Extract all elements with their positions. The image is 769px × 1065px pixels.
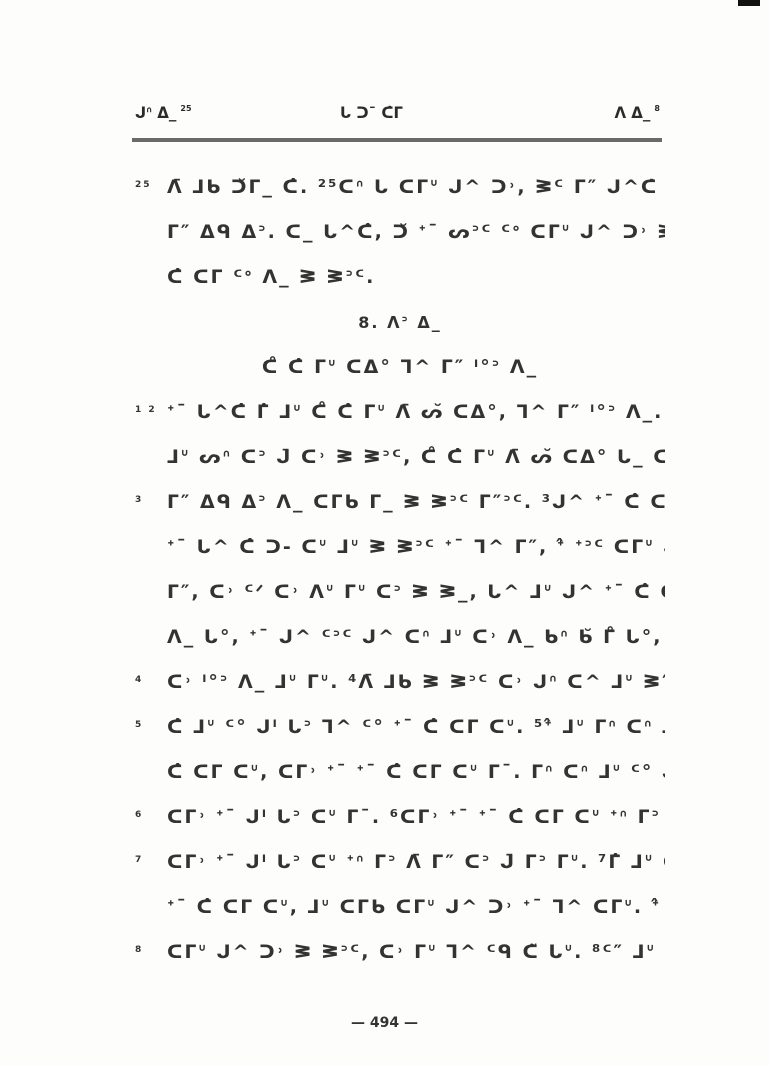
running-head-right: ᐱ ᐃ_8 <box>614 104 660 122</box>
line-text: ᐩ¯ ᒐ^ᑕ̂ ᒥ̂ ᒧᐡ ᑕ̊ ᑕ̂ ᒥᐡ ᐱ̄ ᔕ̆ ᑕᐃ°, ᒣ^ ᒥ″ … <box>167 401 665 423</box>
line-text: ᑕ̂ ᒧᐡ ᑦ° ᒍᑊ ᒐᐣ ᒣ^ ᑦ° ᐩ¯ ᑕ̂ ᑕᒥ ᑕᐡ. ⁵ᐩ̂ ᒧᐡ… <box>167 716 665 738</box>
text-line: 25ᐱ̄ ᒧᑲ ᑐ̆ᒥ_ ᑕ̂. ²⁵ᑕᐢ ᒐ ᑕᒥᐡ ᒍ^ ᑐ˒, ᕒᑦ ᒥ″… <box>135 165 665 210</box>
text-line: 4ᑕ˒ ᑊ°ᐣ ᐱ_ ᒧᐡ ᒥᐡ. ⁴ᐱ̄ ᒧᑲ ᕒ ᕒᐣᑦ ᑕ˒ ᒍᐢ ᑕ^ … <box>135 660 665 705</box>
line-text: ᒥ″ ᐃᑫ ᐃᐣ ᐱ_ ᑕᒥᑲ ᒥ_ ᕒ ᕒᐣᑦ ᒥ″ᐣᑦ. ³ᒍ^ ᐩ¯ ᑕ̂… <box>167 491 665 513</box>
verse-number: 25 <box>135 165 152 208</box>
line-text: ᑕ̂ ᑕᒥ ᑦᐤ ᐱ_ ᕒ ᕒᐣᑦ. <box>167 266 375 288</box>
chapter-heading-text: 8. ᐱᐣ ᐃ_ <box>358 313 441 332</box>
text-line: ᒧᐡ ᔕᐢ ᑕᐣ ᒍ̄ ᑕ˒ ᕒ ᕒᐣᑦ, ᑕ̊ ᑕ̂ ᒥᐡ ᐱ̄ ᔕ̆ ᑕᐃ°… <box>135 435 665 480</box>
text-line: 5ᑕ̂ ᒧᐡ ᑦ° ᒍᑊ ᒐᐣ ᒣ^ ᑦ° ᐩ¯ ᑕ̂ ᑕᒥ ᑕᐡ. ⁵ᐩ̂ ᒧ… <box>135 705 665 750</box>
chapter-subtitle: ᑕ̊ ᑕ̂ ᒥᐡ ᑕᐃ° ᒣ^ ᒥ″ ᑊ°ᐣ ᐱ_ <box>135 345 665 390</box>
verse-number: 6 <box>135 795 143 838</box>
text-line: 3ᒥ″ ᐃᑫ ᐃᐣ ᐱ_ ᑕᒥᑲ ᒥ_ ᕒ ᕒᐣᑦ ᒥ″ᐣᑦ. ³ᒍ^ ᐩ¯ ᑕ… <box>135 480 665 525</box>
verse-number: 1 2 <box>135 390 157 433</box>
line-text: ᐩ¯ ᑕ̂ ᑕᒥ ᑕᐡ, ᒧᐡ ᑕᒥᑲ ᑕᒥᐡ ᒍ^ ᑐ˒ ᐩ¯ ᒣ^ ᑕᒥᐡ.… <box>167 896 665 918</box>
page-number: — 494 — <box>0 1015 769 1031</box>
chapter-heading: 8. ᐱᐣ ᐃ_ <box>135 300 665 345</box>
verse-number: 3 <box>135 480 143 523</box>
text-line: 8ᑕᒥᐡ ᒍ^ ᑐ˒ ᕒ ᕒᐣᑦ, ᑕ˒ ᒥᐡ ᒣ^ ᑦᑫ ᑕ̃ ᒐᐡ. ⁸ᑦ″… <box>135 930 665 975</box>
running-head-left-verse: 25 <box>180 104 191 113</box>
line-text: ᑕᒥ˒ ᐩ¯ ᒍᑊ ᒐᐣ ᑕᐡ ᐩᐢ ᒥᐣ ᐱ̄ ᒥ″ ᑕᐣ ᒍ̄ ᒥᐣ ᒥᐡ.… <box>167 851 665 873</box>
text-line: ᑕ̂ ᑕᒥ ᑦᐤ ᐱ_ ᕒ ᕒᐣᑦ. <box>135 255 665 300</box>
verse-number: 8 <box>135 930 143 973</box>
line-text: ᐱ_ ᒐ°, ᐩ¯ ᒍ^ ᑦᐣᑦ ᒍ^ ᑕᐢ ᒧᐡ ᑕ˒ ᐱ_ ᑲᐢ ᑲ̆ ᒥ̊… <box>167 626 665 648</box>
text-line: ᑕ̂ ᑕᒥ ᑕᐡ, ᑕᒥ˒ ᐩ¯ ᐩ¯ ᑕ̂ ᑕᒥ ᑕᐡ ᒥ¯. ᒥᐢ ᑕᐢ ᒧ… <box>135 750 665 795</box>
running-head-right-text: ᐱ ᐃ_ <box>614 104 650 122</box>
line-text: ᐩ¯ ᒐ^ ᑕ̂ ᑐ- ᑕᐡ ᒧᐡ ᕒ ᕒᐣᑦ ᐩ¯ ᒣ^ ᒥ″, ᐩ̂ ᐩᐣᑦ… <box>167 536 665 558</box>
running-head-left-text: ᒍᐢ ᐃ_ <box>135 104 176 122</box>
document-page: ᒍᐢ ᐃ_25 ᒐ ᑐ¯ ᑕ̂ᒥ ᐱ ᐃ_8 25ᐱ̄ ᒧᑲ ᑐ̆ᒥ_ ᑕ̂. … <box>0 0 769 1065</box>
text-line: ᒥ″ ᐃᑫ ᐃᐣ. ᑕ_ ᒐ^ᑕ̂, ᑐ̆ ᐩ¯ ᔕᐣᑦ ᑦᐤ ᑕᒥᐡ ᒍ^ ᑐ… <box>135 210 665 255</box>
running-head: ᒍᐢ ᐃ_25 ᒐ ᑐ¯ ᑕ̂ᒥ ᐱ ᐃ_8 <box>135 104 660 128</box>
verse-number: 7 <box>135 840 143 883</box>
running-head-title: ᒐ ᑐ¯ ᑕ̂ᒥ <box>340 104 403 122</box>
line-text: ᒧᐡ ᔕᐢ ᑕᐣ ᒍ̄ ᑕ˒ ᕒ ᕒᐣᑦ, ᑕ̊ ᑕ̂ ᒥᐡ ᐱ̄ ᔕ̆ ᑕᐃ°… <box>167 446 665 468</box>
text-line: 7ᑕᒥ˒ ᐩ¯ ᒍᑊ ᒐᐣ ᑕᐡ ᐩᐢ ᒥᐣ ᐱ̄ ᒥ″ ᑕᐣ ᒍ̄ ᒥᐣ ᒥᐡ… <box>135 840 665 885</box>
verse-number: 4 <box>135 660 143 703</box>
verse-number: 5 <box>135 705 143 748</box>
text-body: 25ᐱ̄ ᒧᑲ ᑐ̆ᒥ_ ᑕ̂. ²⁵ᑕᐢ ᒐ ᑕᒥᐡ ᒍ^ ᑐ˒, ᕒᑦ ᒥ″… <box>135 165 665 975</box>
line-text: ᐱ̄ ᒧᑲ ᑐ̆ᒥ_ ᑕ̂. ²⁵ᑕᐢ ᒐ ᑕᒥᐡ ᒍ^ ᑐ˒, ᕒᑦ ᒥ″ ᒍ… <box>167 176 665 198</box>
text-line: 1 2ᐩ¯ ᒐ^ᑕ̂ ᒥ̂ ᒧᐡ ᑕ̊ ᑕ̂ ᒥᐡ ᐱ̄ ᔕ̆ ᑕᐃ°, ᒣ^ … <box>135 390 665 435</box>
line-text: ᑕᒥᐡ ᒍ^ ᑐ˒ ᕒ ᕒᐣᑦ, ᑕ˒ ᒥᐡ ᒣ^ ᑦᑫ ᑕ̃ ᒐᐡ. ⁸ᑦ″ … <box>167 941 665 963</box>
line-text: ᑕ̂ ᑕᒥ ᑕᐡ, ᑕᒥ˒ ᐩ¯ ᐩ¯ ᑕ̂ ᑕᒥ ᑕᐡ ᒥ¯. ᒥᐢ ᑕᐢ ᒧ… <box>167 761 665 783</box>
line-text: ᑕᒥ˒ ᐩ¯ ᒍᑊ ᒐᐣ ᑕᐡ ᒥ¯. ⁶ᑕᒥ˒ ᐩ¯ ᐩ¯ ᑕ̂ ᑕᒥ ᑕᐡ … <box>167 806 665 828</box>
text-line: ᐱ_ ᒐ°, ᐩ¯ ᒍ^ ᑦᐣᑦ ᒍ^ ᑕᐢ ᒧᐡ ᑕ˒ ᐱ_ ᑲᐢ ᑲ̆ ᒥ̊… <box>135 615 665 660</box>
line-text: ᒥ″ ᐃᑫ ᐃᐣ. ᑕ_ ᒐ^ᑕ̂, ᑐ̆ ᐩ¯ ᔕᐣᑦ ᑦᐤ ᑕᒥᐡ ᒍ^ ᑐ… <box>167 221 665 243</box>
header-rule <box>132 138 662 142</box>
text-line: 6ᑕᒥ˒ ᐩ¯ ᒍᑊ ᒐᐣ ᑕᐡ ᒥ¯. ⁶ᑕᒥ˒ ᐩ¯ ᐩ¯ ᑕ̂ ᑕᒥ ᑕᐡ… <box>135 795 665 840</box>
chapter-subtitle-text: ᑕ̊ ᑕ̂ ᒥᐡ ᑕᐃ° ᒣ^ ᒥ″ ᑊ°ᐣ ᐱ_ <box>262 356 538 378</box>
line-text: ᑕ˒ ᑊ°ᐣ ᐱ_ ᒧᐡ ᒥᐡ. ⁴ᐱ̄ ᒧᑲ ᕒ ᕒᐣᑦ ᑕ˒ ᒍᐢ ᑕ^ ᒧ… <box>167 671 665 693</box>
line-text: ᒥ″, ᑕ˒ ᑦᐟ ᑕ˒ ᐱᐡ ᒥᐡ ᑕᐣ ᕒ ᕒ_, ᒐ^ ᒧᐡ ᒍ^ ᐩ¯ … <box>167 581 665 603</box>
text-line: ᐩ¯ ᒐ^ ᑕ̂ ᑐ- ᑕᐡ ᒧᐡ ᕒ ᕒᐣᑦ ᐩ¯ ᒣ^ ᒥ″, ᐩ̂ ᐩᐣᑦ… <box>135 525 665 570</box>
text-line: ᐩ¯ ᑕ̂ ᑕᒥ ᑕᐡ, ᒧᐡ ᑕᒥᑲ ᑕᒥᐡ ᒍ^ ᑐ˒ ᐩ¯ ᒣ^ ᑕᒥᐡ.… <box>135 885 665 930</box>
running-head-right-verse: 8 <box>654 104 660 113</box>
running-head-left: ᒍᐢ ᐃ_25 <box>135 104 192 122</box>
text-line: ᒥ″, ᑕ˒ ᑦᐟ ᑕ˒ ᐱᐡ ᒥᐡ ᑕᐣ ᕒ ᕒ_, ᒐ^ ᒧᐡ ᒍ^ ᐩ¯ … <box>135 570 665 615</box>
